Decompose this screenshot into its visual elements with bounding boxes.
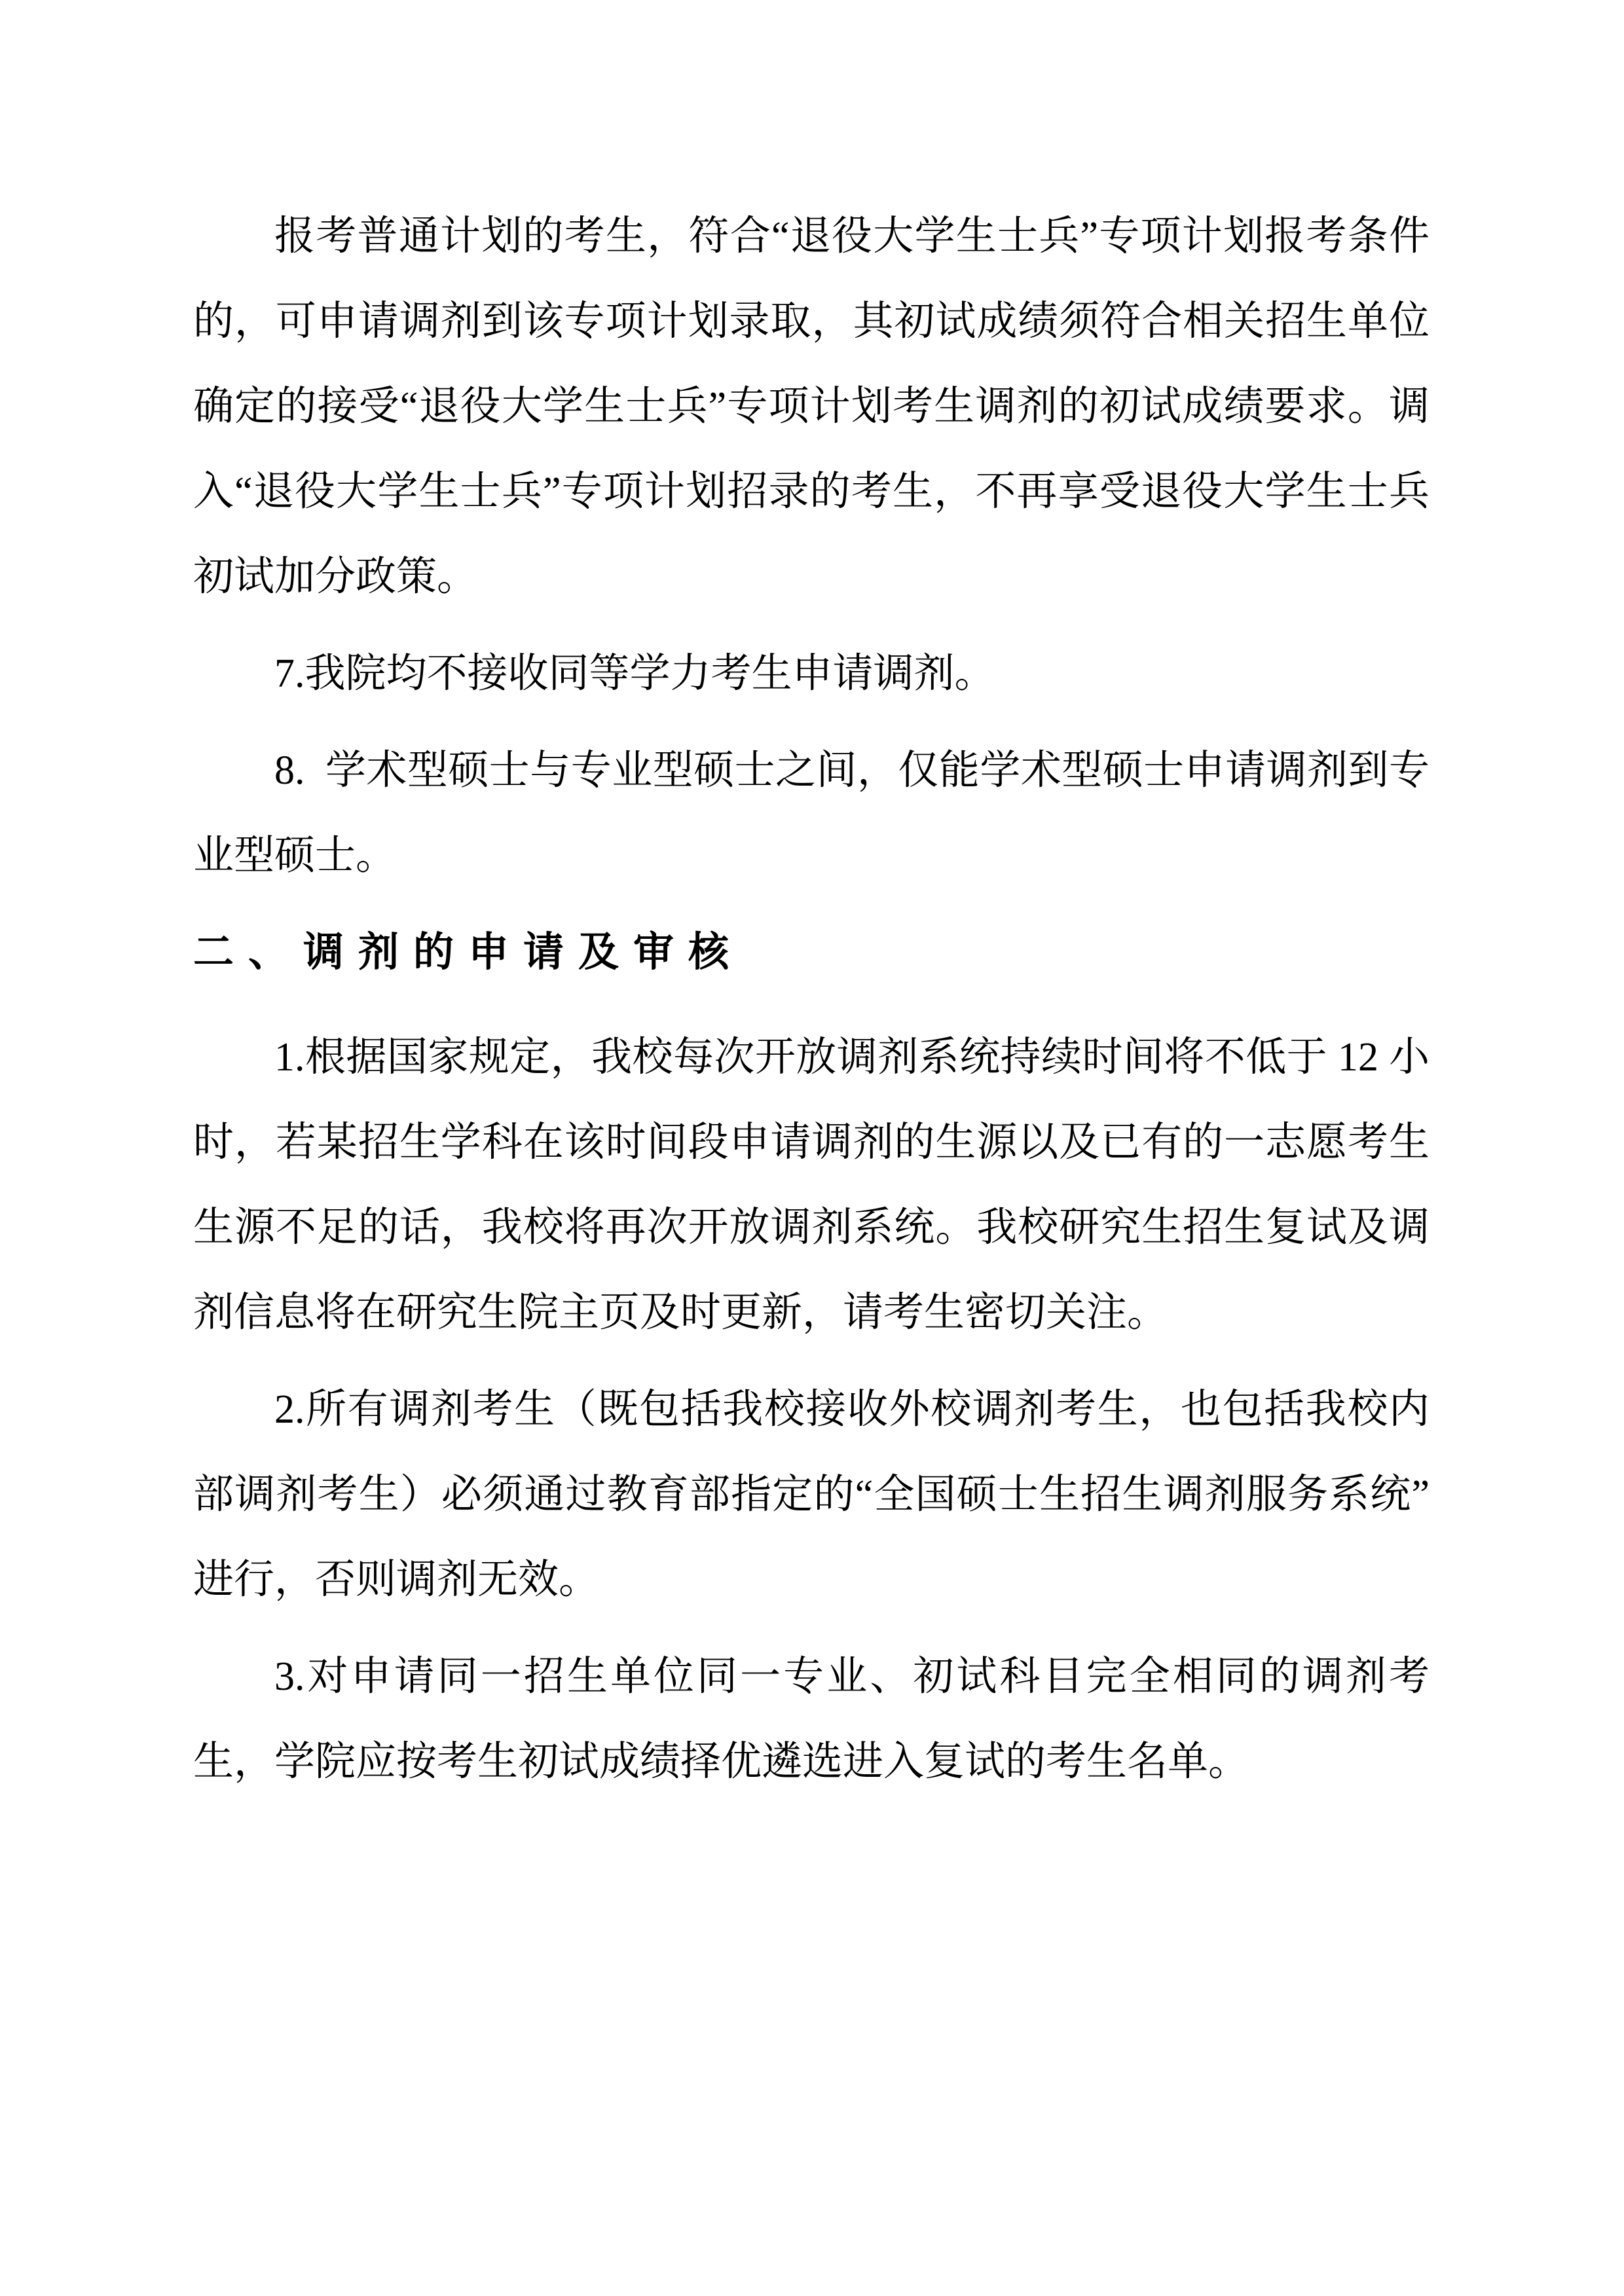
document-text-area: 报考普通计划的考生，符合“退役大学生士兵”专项计划报考条件的，可申请调剂到该专项… [193, 194, 1430, 1816]
numbered-item-2: 2.所有调剂考生（既包括我校接收外校调剂考生，也包括我校内部调剂考生）必须通过教… [193, 1367, 1430, 1622]
numbered-item-7: 7.我院均不接收同等学力考生申请调剂。 [193, 631, 1430, 716]
section-heading-application-review: 二、调剂的申请及审核 [193, 910, 1430, 995]
body-paragraph-special-plan: 报考普通计划的考生，符合“退役大学生士兵”专项计划报考条件的，可申请调剂到该专项… [193, 194, 1430, 619]
numbered-item-1: 1.根据国家规定，我校每次开放调剂系统持续时间将不低于 12 小时，若某招生学科… [193, 1015, 1430, 1355]
numbered-item-3: 3.对申请同一招生单位同一专业、初试科目完全相同的调剂考生，学院应按考生初试成绩… [193, 1634, 1430, 1804]
numbered-item-8: 8. 学术型硕士与专业型硕士之间，仅能学术型硕士申请调剂到专业型硕士。 [193, 728, 1430, 898]
document-page: 报考普通计划的考生，符合“退役大学生士兵”专项计划报考条件的，可申请调剂到该专项… [0, 0, 1624, 2296]
